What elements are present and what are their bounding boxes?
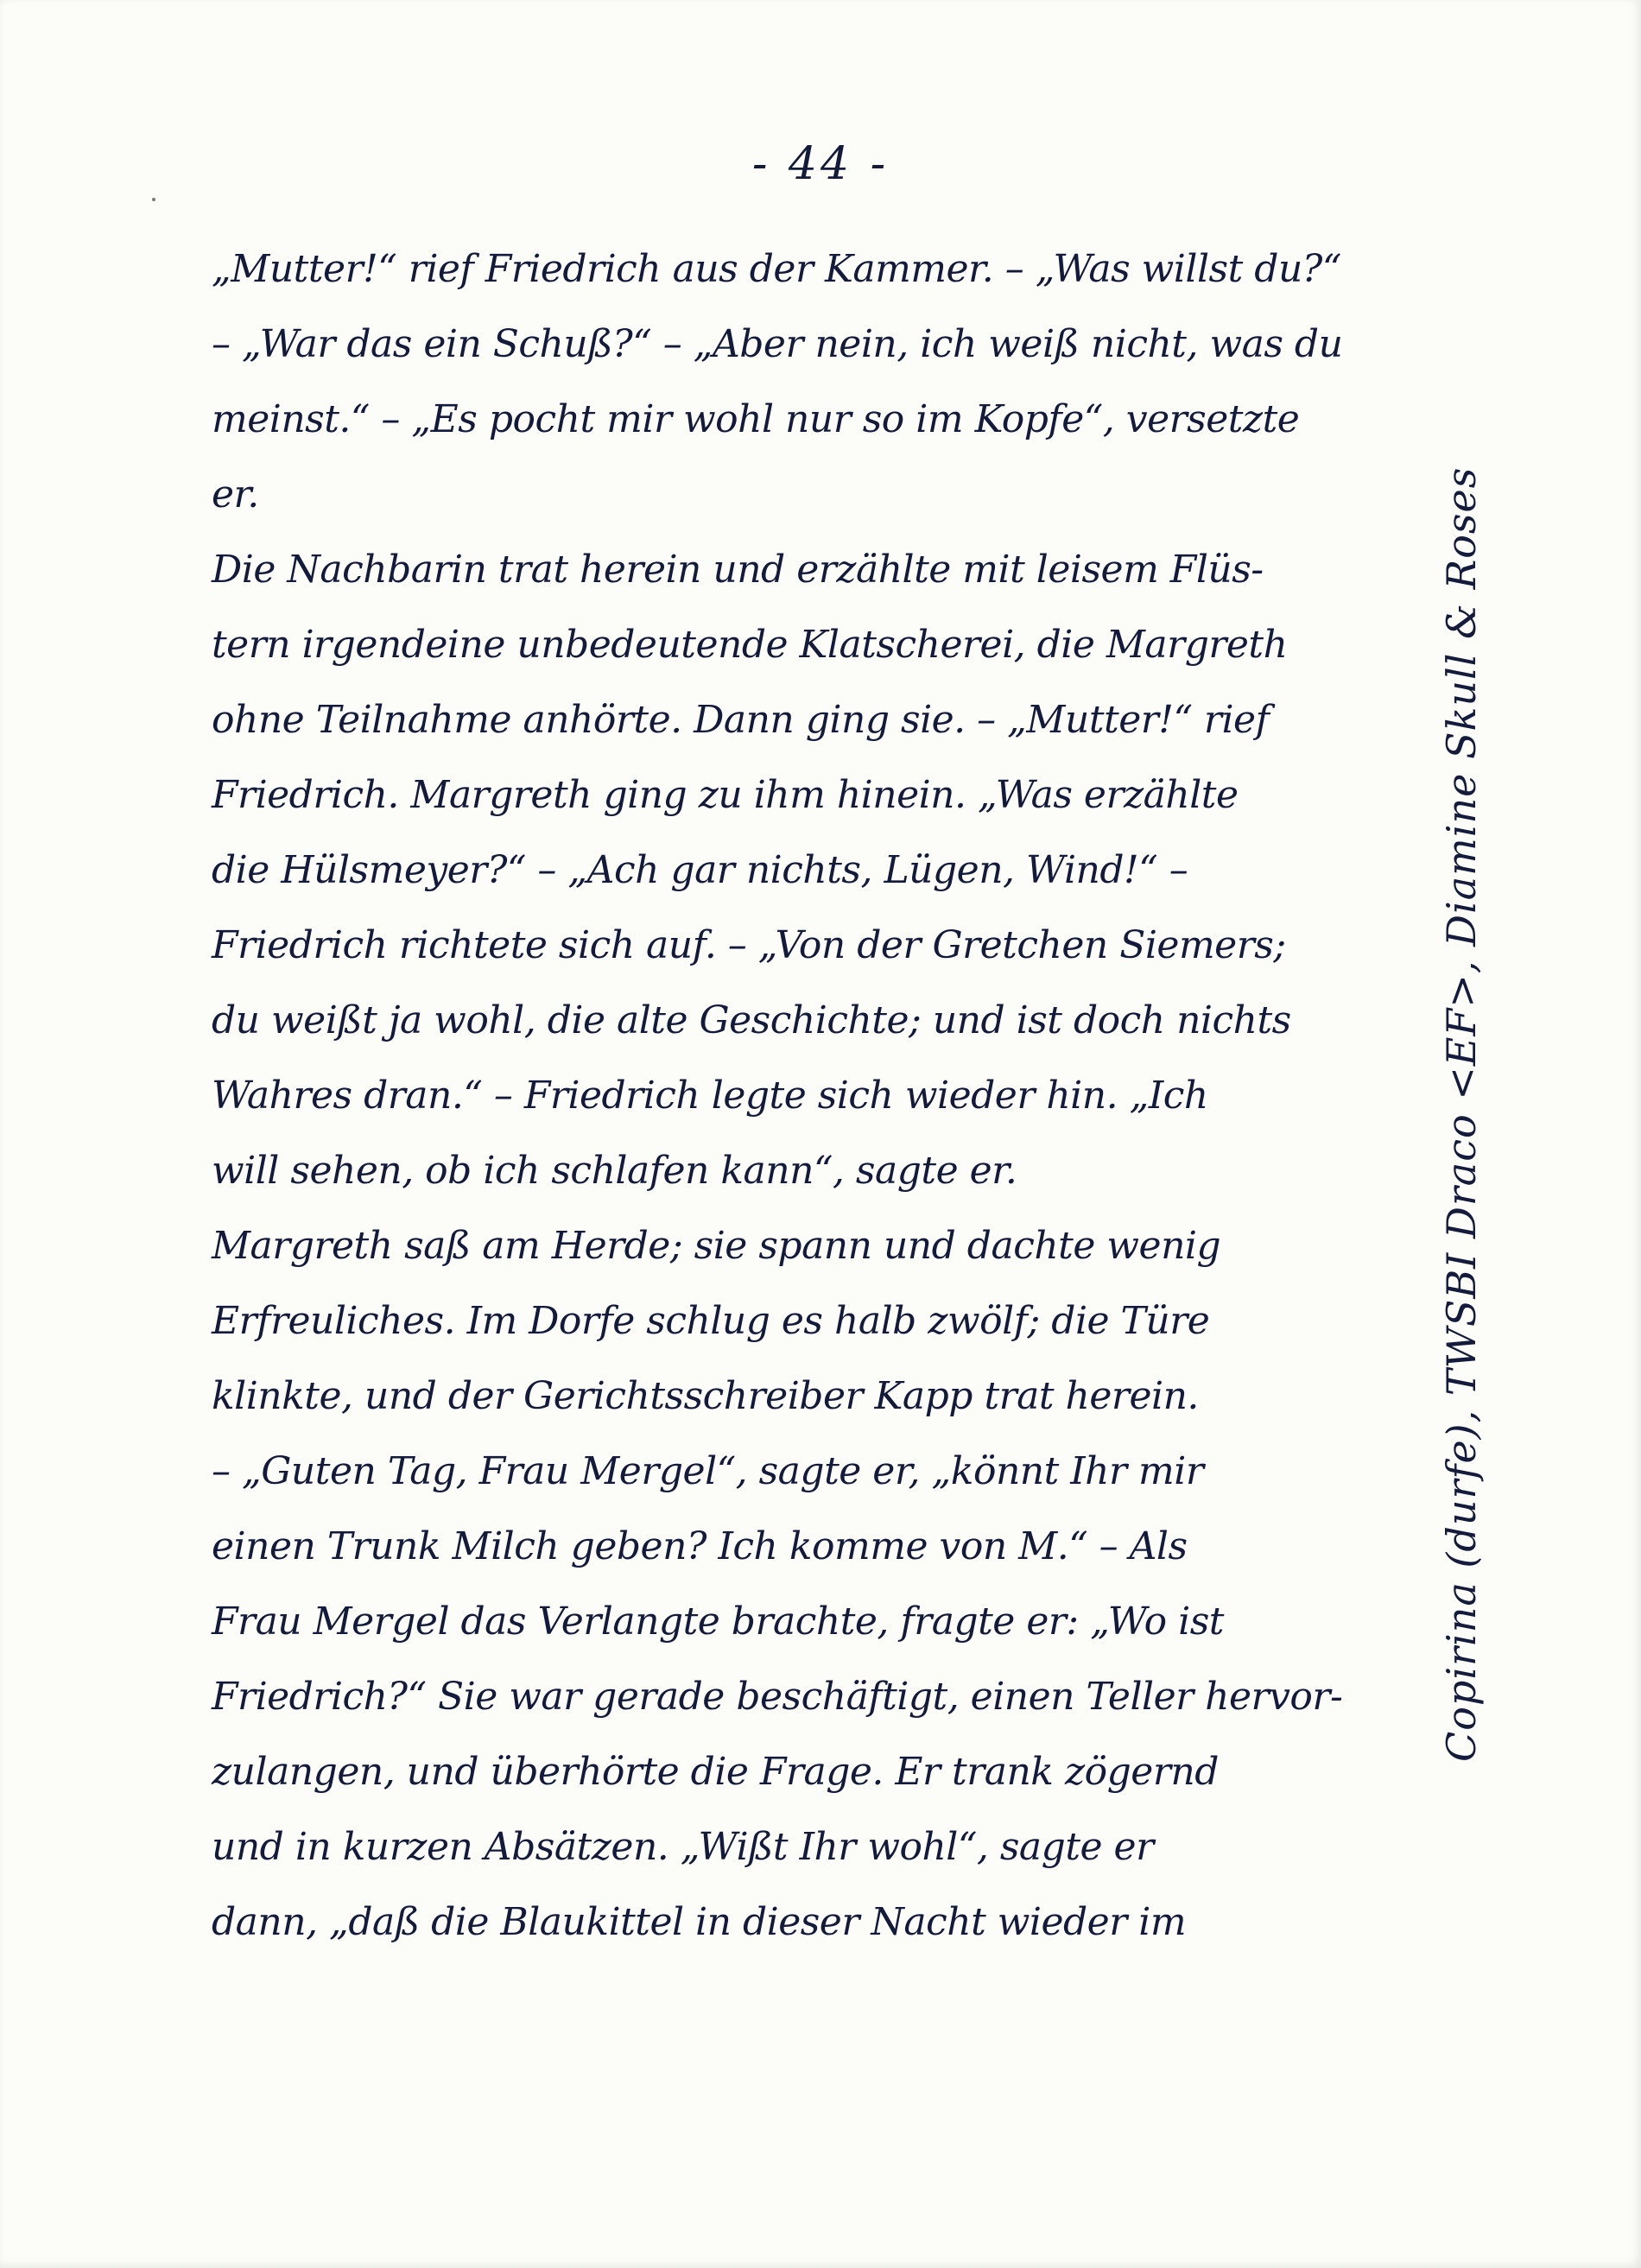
text-line: die Hülsmeyer?“ – „Ach gar nichts, Lügen… <box>212 833 1403 908</box>
text-line: zulangen, und überhörte die Frage. Er tr… <box>212 1734 1403 1809</box>
handwritten-body-text: „Mutter!“ rief Friedrich aus der Kammer.… <box>212 231 1403 1960</box>
text-line: er. <box>212 457 1403 532</box>
text-line: Friedrich. Margreth ging zu ihm hinein. … <box>212 757 1403 833</box>
text-line: „Mutter!“ rief Friedrich aus der Kammer.… <box>212 231 1403 307</box>
text-line: will sehen, ob ich schlafen kann“, sagte… <box>212 1133 1403 1208</box>
text-line: Friedrich?“ Sie war gerade beschäftigt, … <box>212 1659 1403 1734</box>
text-line: ohne Teilnahme anhörte. Dann ging sie. –… <box>212 682 1403 757</box>
manuscript-page: - 44 - „Mutter!“ rief Friedrich aus der … <box>0 0 1641 2268</box>
text-line: – „War das ein Schuß?“ – „Aber nein, ich… <box>212 307 1403 382</box>
text-line: – „Guten Tag, Frau Mergel“, sagte er, „k… <box>212 1434 1403 1509</box>
text-line: du weißt ja wohl, die alte Geschichte; u… <box>212 983 1403 1058</box>
text-line: Frau Mergel das Verlangte brachte, fragt… <box>212 1584 1403 1659</box>
text-line: Margreth saß am Herde; sie spann und dac… <box>212 1208 1403 1283</box>
paper-speck <box>152 198 155 201</box>
text-line: einen Trunk Milch geben? Ich komme von M… <box>212 1509 1403 1584</box>
text-line: Friedrich richtete sich auf. – „Von der … <box>212 908 1403 983</box>
text-line: meinst.“ – „Es pocht mir wohl nur so im … <box>212 382 1403 457</box>
text-line: dann, „daß die Blaukittel in dieser Nach… <box>212 1885 1403 1960</box>
text-line: Wahres dran.“ – Friedrich legte sich wie… <box>212 1058 1403 1133</box>
text-line: tern irgendeine unbedeutende Klatscherei… <box>212 607 1403 682</box>
text-line: Erfreuliches. Im Dorfe schlug es halb zw… <box>212 1283 1403 1359</box>
text-line: und in kurzen Absätzen. „Wißt Ihr wohl“,… <box>212 1809 1403 1885</box>
text-line: Die Nachbarin trat herein und erzählte m… <box>212 532 1403 607</box>
page-number: - 44 - <box>0 138 1641 190</box>
margin-note-pen-ink: Copirina (durfe), TWSBI Draco <EF>, Diam… <box>1438 467 1485 1762</box>
text-line: klinkte, und der Gerichtsschreiber Kapp … <box>212 1359 1403 1434</box>
